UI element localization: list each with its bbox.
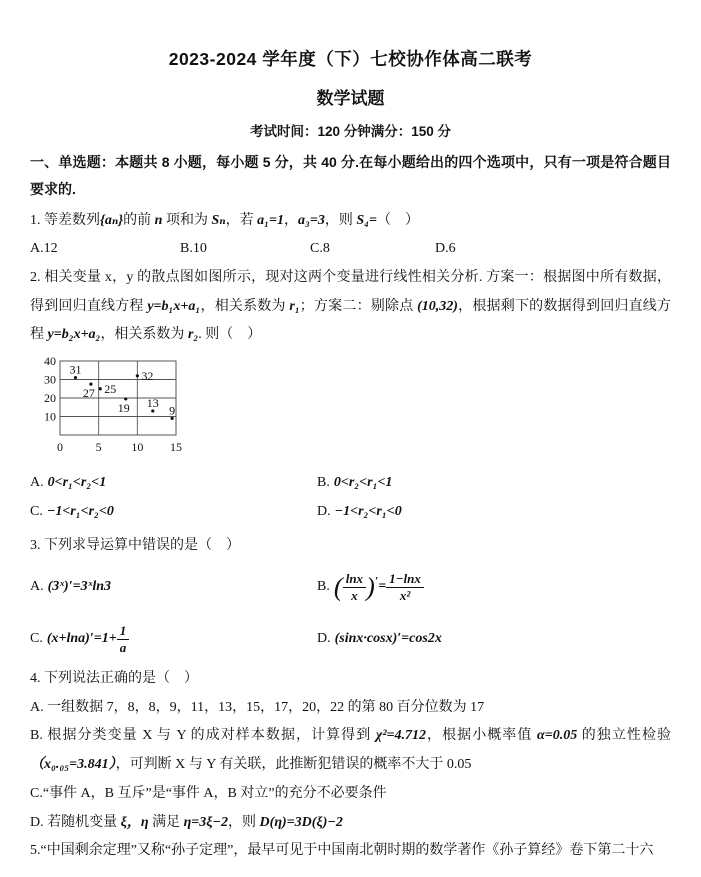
question-4: 4. 下列说法正确的是（ ） A. 一组数据 7，8，8，9，11，13，15，… — [30, 665, 671, 837]
q4-option-b: B. 根据分类变量 X 与 Y 的成对样本数据，计算得到 χ²=4.712，根据… — [30, 722, 671, 779]
svg-text:5: 5 — [96, 440, 102, 454]
q4-text: 4. 下列说法正确的是（ ） — [30, 665, 671, 694]
fraction: 1−lnxx² — [386, 571, 424, 603]
q2-option-d: D.−1<r₂<r₁<0 — [317, 498, 671, 527]
q2-text: 2. 相关变量 x，y 的散点图如图所示，现对这两个变量进行线性相关分析. 方案… — [30, 264, 671, 350]
q2-option-a: A.0<r₁<r₂<1 — [30, 469, 317, 498]
q3-text: 3. 下列求导运算中错误的是（ ） — [30, 532, 671, 561]
section-heading: 一、单选题：本题共 8 小题，每小题 5 分，共 40 分.在每小题给出的四个选… — [30, 149, 671, 204]
question-1: 1. 等差数列{aₙ}的前 n 项和为 Sₙ，若 a₁=1，a₃=3，则 S₄=… — [30, 207, 671, 264]
svg-text:30: 30 — [44, 373, 56, 387]
fraction: 1a — [117, 623, 130, 655]
svg-text:0: 0 — [57, 440, 63, 454]
chi-square-value: χ²=4.712 — [376, 728, 426, 743]
q3-option-d: D.(sinx·cosx)′=cos2x — [317, 631, 671, 647]
q2-options-row-1: A.0<r₁<r₂<1 B.0<r₂<r₁<1 — [30, 469, 671, 498]
svg-text:10: 10 — [44, 410, 56, 424]
question-3: 3. 下列求导运算中错误的是（ ） A.(3ˣ)′=3ˣln3 B.(lnxx)… — [30, 532, 671, 665]
critical-value: （x₀.₀₅=3.841） — [30, 757, 116, 772]
q5-text: 5.“中国剩余定理”又称“孙子定理”，最早可见于中国南北朝时期的数学著作《孙子算… — [30, 837, 671, 866]
q1-options: A.12 B.10 C.8 D.6 — [30, 235, 671, 264]
q3-options-row-1: A.(3ˣ)′=3ˣln3 B.(lnxx)′=1−lnxx² — [30, 561, 671, 613]
regression-eq-1: y=b₁x+a₁ — [147, 299, 200, 314]
svg-text:31: 31 — [69, 363, 81, 377]
scatter-plot: 102030400510153127253219139 — [34, 356, 671, 465]
svg-text:13: 13 — [147, 396, 159, 410]
svg-text:25: 25 — [104, 382, 116, 396]
q4-option-c: C.“事件 A，B 互斥”是“事件 A，B 对立”的充分不必要条件 — [30, 780, 671, 809]
svg-text:20: 20 — [44, 391, 56, 405]
svg-text:27: 27 — [83, 386, 95, 400]
svg-text:9: 9 — [169, 403, 175, 417]
q1-option-b: B.10 — [180, 235, 310, 264]
question-2: 2. 相关变量 x，y 的散点图如图所示，现对这两个变量进行线性相关分析. 方案… — [30, 264, 671, 526]
q3-option-a: A.(3ˣ)′=3ˣln3 — [30, 579, 317, 595]
q1-option-d: D.6 — [435, 235, 671, 264]
q1-text: 1. 等差数列{aₙ}的前 n 项和为 Sₙ，若 a₁=1，a₃=3，则 S₄=… — [30, 207, 671, 236]
q3-option-b: B.(lnxx)′=1−lnxx² — [317, 571, 671, 603]
seq-notation: {aₙ} — [100, 213, 123, 228]
q4-option-d: D. 若随机变量 ξ，η 满足 η=3ξ−2，则 D(η)=3D(ξ)−2 — [30, 809, 671, 838]
page-title: 2023-2024 学年度（下）七校协作体高二联考 — [30, 46, 671, 71]
svg-text:10: 10 — [131, 440, 143, 454]
regression-eq-2: y=b₂x+a₂ — [48, 327, 101, 342]
alpha-value: α=0.05 — [537, 728, 577, 743]
q2-option-c: C.−1<r₁<r₂<0 — [30, 498, 317, 527]
page-subtitle: 数学试题 — [30, 84, 671, 109]
q1-option-a: A.12 — [30, 235, 180, 264]
exam-info: 考试时间：120 分钟满分：150 分 — [30, 120, 671, 140]
exam-paper-page: 2023-2024 学年度（下）七校协作体高二联考 数学试题 考试时间：120 … — [0, 0, 701, 866]
svg-text:19: 19 — [118, 401, 130, 415]
svg-text:32: 32 — [141, 369, 153, 383]
question-5: 5.“中国剩余定理”又称“孙子定理”，最早可见于中国南北朝时期的数学著作《孙子算… — [30, 837, 671, 866]
svg-text:40: 40 — [44, 356, 56, 368]
svg-text:15: 15 — [170, 440, 182, 454]
q2-options-row-2: C.−1<r₁<r₂<0 D.−1<r₂<r₁<0 — [30, 498, 671, 527]
removed-point: (10,32) — [417, 299, 458, 314]
q1-option-c: C.8 — [310, 235, 435, 264]
fraction: lnxx — [343, 571, 366, 603]
q3-option-c: C.(x+lna)′=1+1a — [30, 623, 317, 655]
q4-option-a: A. 一组数据 7，8，8，9，11，13，15，17，20，22 的第 80 … — [30, 694, 671, 723]
q3-options-row-2: C.(x+lna)′=1+1a D.(sinx·cosx)′=cos2x — [30, 613, 671, 665]
q2-option-b: B.0<r₂<r₁<1 — [317, 469, 671, 498]
